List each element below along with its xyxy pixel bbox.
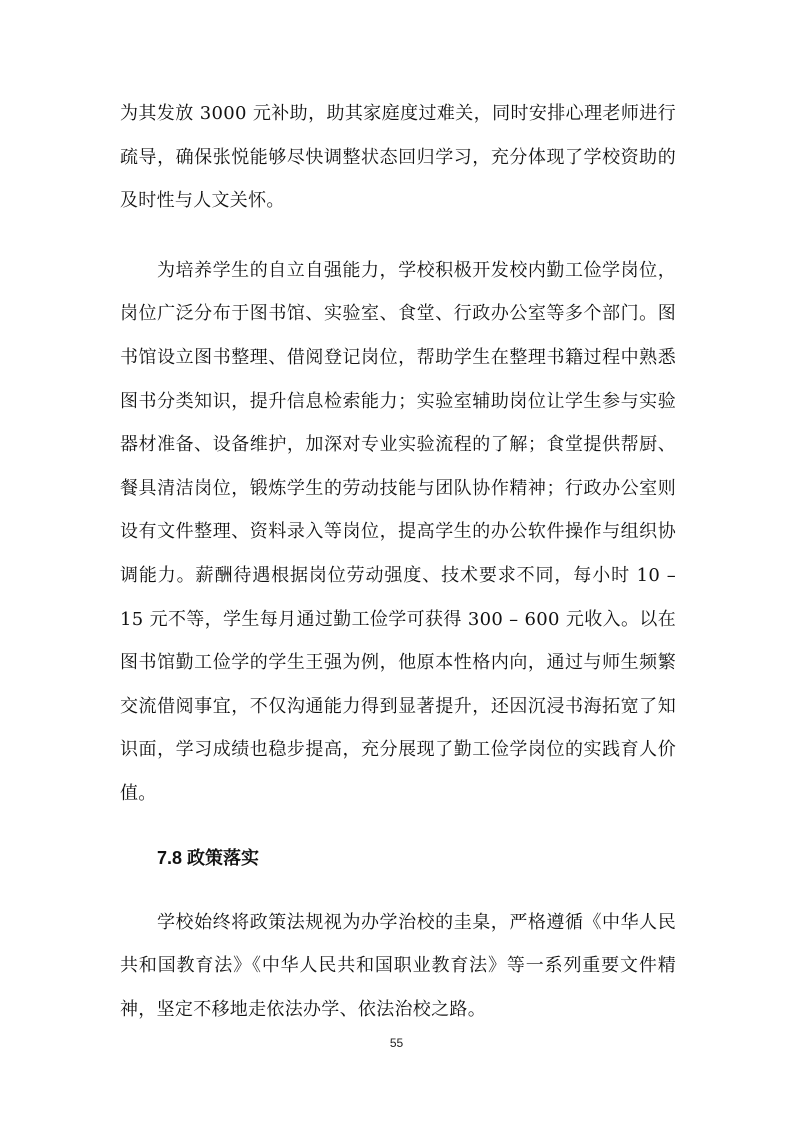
body-paragraph-3: 学校始终将政策法规视为办学治校的圭臬，严格遵循《中华人民共和国教育法》《中华人民… <box>120 901 676 1032</box>
paragraph-gap <box>120 223 676 249</box>
document-page: 为其发放 3000 元补助，助其家庭度过难关，同时安排心理老师进行疏导，确保张悦… <box>120 92 676 1031</box>
body-paragraph-1: 为其发放 3000 元补助，助其家庭度过难关，同时安排心理老师进行疏导，确保张悦… <box>120 92 676 223</box>
heading-gap-bottom <box>120 873 676 901</box>
page-number: 55 <box>0 1036 793 1050</box>
section-heading: 7.8 政策落实 <box>120 843 676 873</box>
heading-gap-top <box>120 816 676 843</box>
body-paragraph-2: 为培养学生的自立自强能力，学校积极开发校内勤工俭学岗位，岗位广泛分布于图书馆、实… <box>120 249 676 816</box>
